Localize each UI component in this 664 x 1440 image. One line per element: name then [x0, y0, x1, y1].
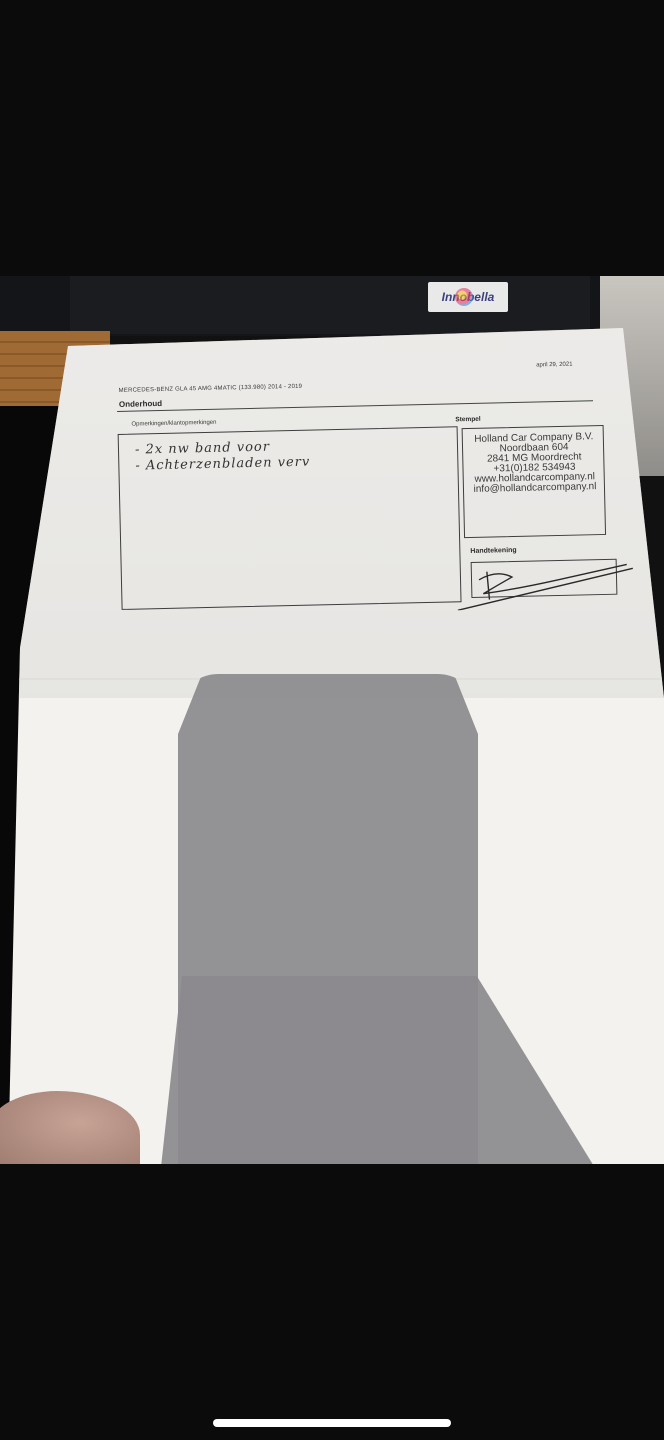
remarks-box: - 2x nw band voor - Achterzenbladen verv: [118, 426, 462, 610]
stamp-box: Holland Car Company B.V. Noordbaan 604 2…: [462, 425, 606, 538]
remark-line: - Achterzenbladen verv: [135, 455, 310, 474]
home-indicator[interactable]: [213, 1419, 451, 1427]
printer: [70, 276, 590, 334]
image-viewer: Innobella april 29, 2021 MERCEDES-BENZ G…: [0, 0, 664, 1440]
brand-logo-icon: [455, 288, 473, 306]
document-date: april 29, 2021: [536, 362, 573, 369]
company-stamp: Holland Car Company B.V. Noordbaan 604 2…: [449, 432, 620, 496]
stamp-label: Stempel: [455, 416, 480, 424]
section-title: Onderhoud: [119, 399, 162, 409]
remark-line: - 2x nw band voor: [135, 440, 270, 458]
document-photo[interactable]: Innobella april 29, 2021 MERCEDES-BENZ G…: [0, 276, 664, 1164]
stamp-email: info@hollandcarcompany.nl: [450, 482, 620, 496]
signature-icon: [456, 546, 637, 610]
